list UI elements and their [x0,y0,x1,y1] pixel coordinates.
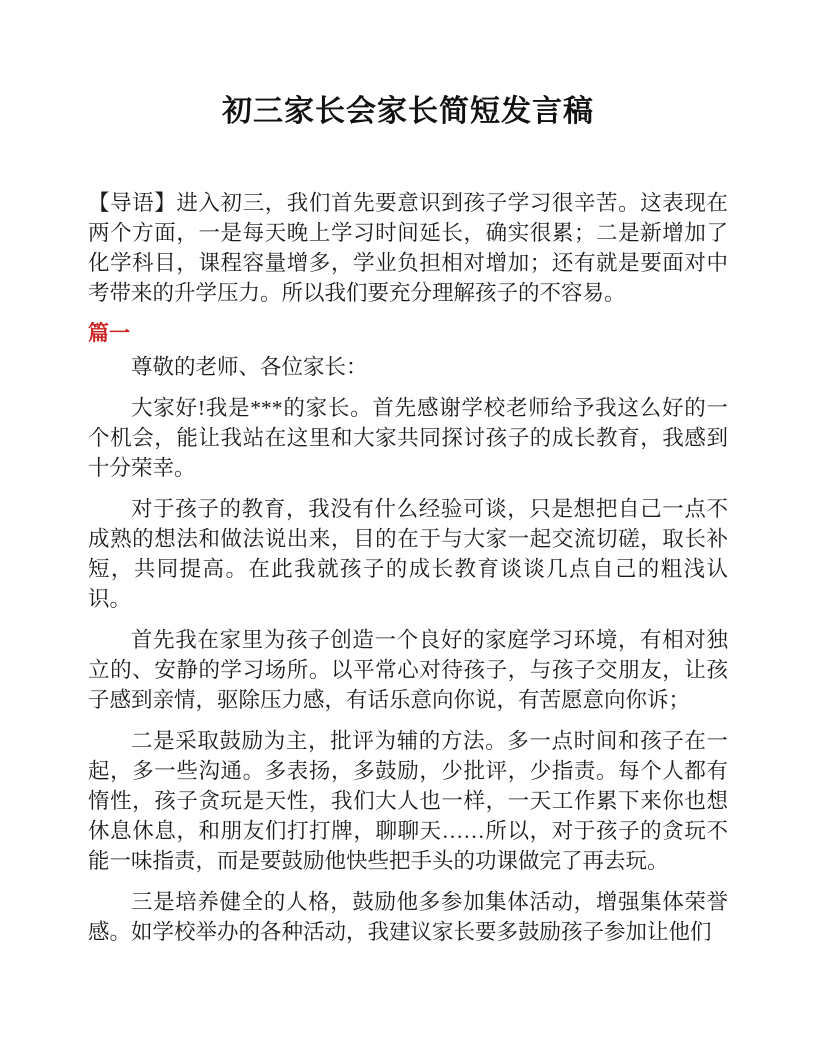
document-title: 初三家长会家长简短发言稿 [88,92,728,132]
salutation-line: 尊敬的老师、各位家长： [88,352,728,382]
intro-paragraph: 【导语】进入初三，我们首先要意识到孩子学习很辛苦。这表现在两个方面，一是每天晚上… [88,188,728,308]
section-heading: 篇一 [88,320,728,346]
paragraph-point-one: 首先我在家里为孩子创造一个良好的家庭学习环境，有相对独立的、安静的学习场所。以平… [88,625,728,715]
paragraph-greeting: 大家好!我是***的家长。首先感谢学校老师给予我这么好的一个机会，能让我站在这里… [88,393,728,483]
document-page: 初三家长会家长简短发言稿 【导语】进入初三，我们首先要意识到孩子学习很辛苦。这表… [0,0,816,1056]
paragraph-point-two: 二是采取鼓励为主，批评为辅的方法。多一点时间和孩子在一起，多一些沟通。多表扬，多… [88,726,728,876]
paragraph-education-intro: 对于孩子的教育，我没有什么经验可谈，只是想把自己一点不成熟的想法和做法说出来，目… [88,494,728,614]
paragraph-point-three: 三是培养健全的人格，鼓励他多参加集体活动，增强集体荣誉感。如学校举办的各种活动，… [88,887,728,947]
